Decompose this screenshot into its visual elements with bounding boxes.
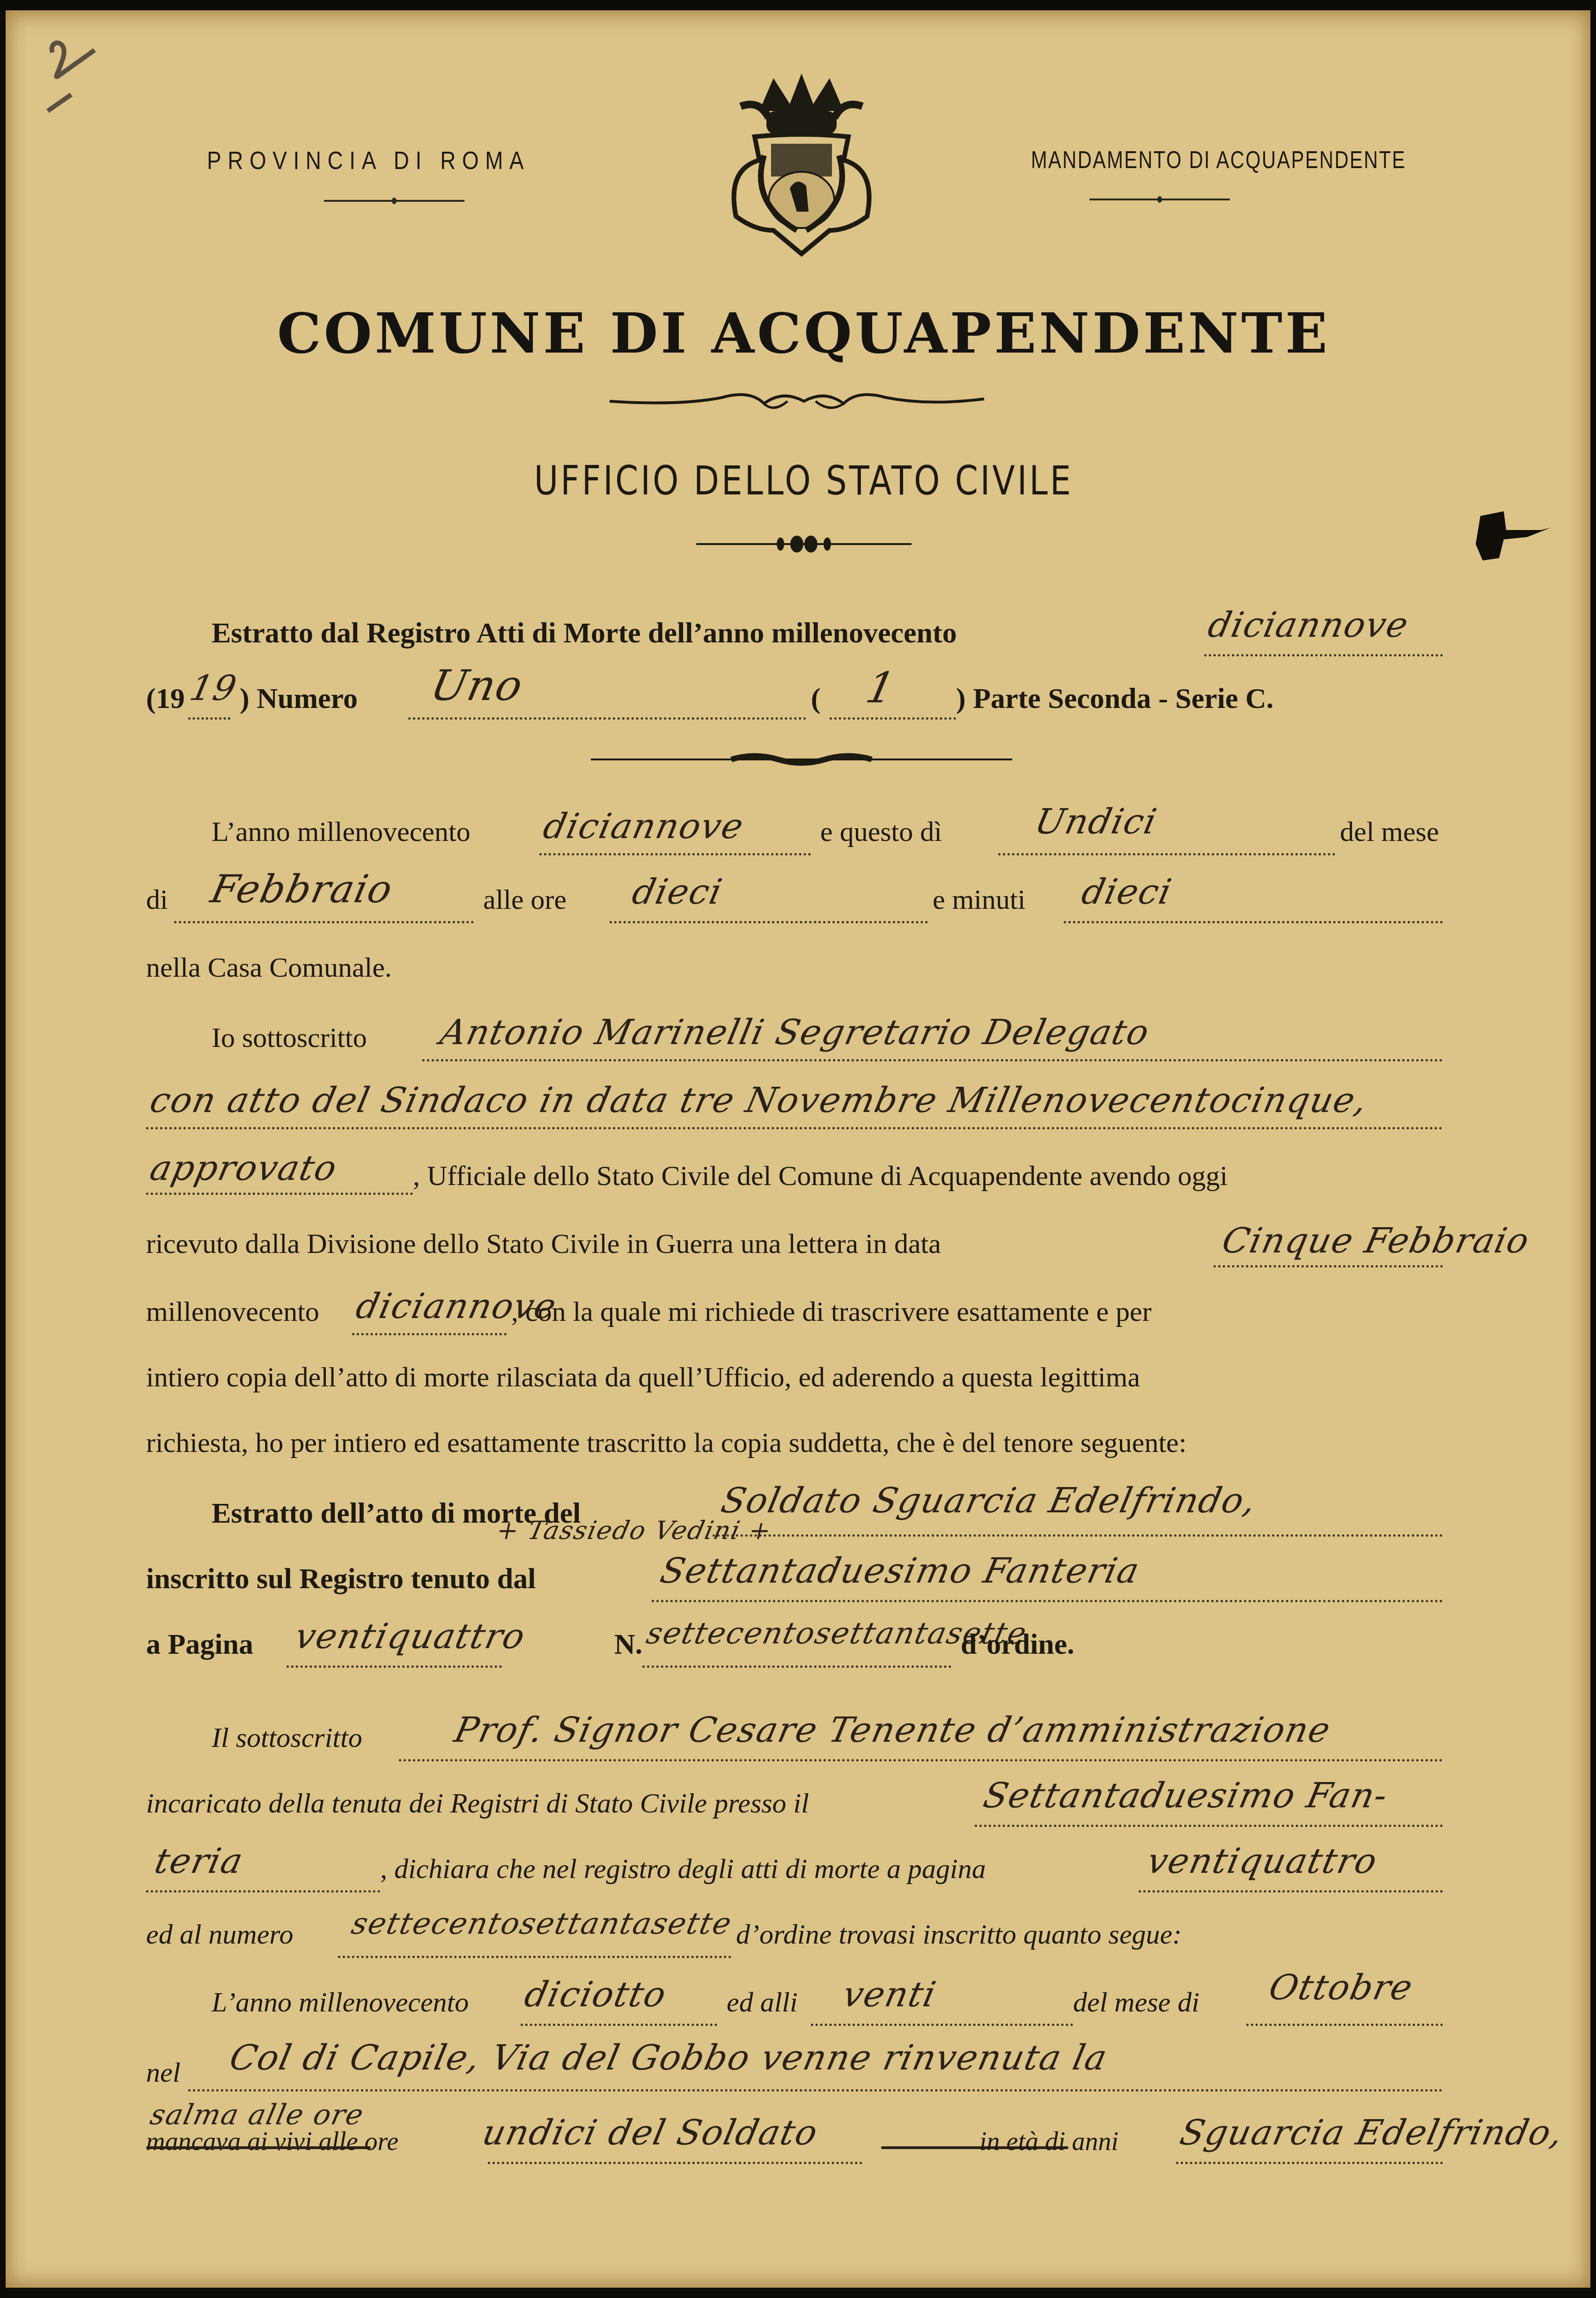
intiero-text: intiero copia dell’atto di morte rilasci… [146, 1361, 1140, 1393]
minuti-field-line [1064, 921, 1443, 923]
d-ordine-label: d’ordine. [961, 1628, 1074, 1661]
eta-struck-text: in età di anni [979, 2127, 1118, 2157]
io-sottoscritto-label: Io sottoscritto [212, 1022, 367, 1054]
giorno-field-line [998, 853, 1335, 855]
anno-field-line [539, 853, 811, 855]
officer-handwritten: Antonio Marinelli Segretario Delegato [437, 1012, 1153, 1053]
numero-field-line [408, 717, 806, 720]
document-page: PROVINCIA DI ROMA MANDAMENTO DI ACQUAPEN… [6, 10, 1590, 2288]
richiede-text: , con la quale mi richiede di trascriver… [511, 1296, 1152, 1328]
data-lettera-handwritten: Cinque Febbraio [1219, 1221, 1533, 1261]
anno-lettera-field-line [352, 1333, 507, 1335]
mese-field-line [174, 921, 474, 923]
year-digits-handwritten: 19 [186, 668, 241, 708]
ornament-divider-icon [610, 387, 998, 415]
ink-blot-icon [1471, 502, 1555, 572]
anno-label: L’anno millenovecento [212, 816, 471, 848]
declarant-handwritten: Prof. Signor Cesare Tenente d’amministra… [451, 1710, 1335, 1750]
anno-morte-handwritten: diciotto [521, 1974, 670, 2015]
ed-alli-label: ed alli [727, 1986, 798, 2018]
incaricato-text: incaricato della tenuta dei Registri di … [146, 1787, 809, 1819]
page-title: COMUNE DI ACQUAPENDENTE [6, 301, 1596, 366]
del-mese-label: del mese [1340, 816, 1439, 848]
pagina-handwritten: ventiquattro [292, 1616, 529, 1657]
divider-right [1089, 199, 1230, 200]
delegation-handwritten: con atto del Sindaco in data tre Novembr… [147, 1080, 1371, 1120]
numero-label: ) Numero [240, 682, 358, 715]
numero-digit-handwritten: 1 [862, 663, 900, 713]
numero-ordine-field-line [642, 1665, 951, 1668]
giorno-handwritten: Undici [1031, 802, 1161, 842]
divider-left [324, 200, 464, 202]
declarant-field-line [399, 1759, 1443, 1761]
presso-handwritten: Settantaduesimo Fan- [980, 1775, 1392, 1816]
officer-field-line [422, 1059, 1443, 1061]
ora-handwritten: undici del Soldato [479, 2113, 822, 2153]
presso-field-line [975, 1825, 1443, 1827]
numero-registro-field-line [338, 1956, 731, 1958]
teria-handwritten: teria [151, 1841, 247, 1881]
ed-al-numero-label: ed al numero [146, 1918, 293, 1951]
di-label: di [146, 884, 168, 916]
year-field-line [1204, 654, 1443, 656]
mese-handwritten: Febbraio [207, 867, 397, 912]
pagina-field-line [287, 1665, 502, 1668]
teria-field-line [146, 1890, 380, 1893]
numero-registro-handwritten: settecentosettantasette [348, 1907, 735, 1941]
ricevuto-text: ricevuto dalla Divisione dello Stato Civ… [146, 1228, 941, 1260]
year-digits-line [188, 717, 230, 720]
deceased-insertion-handwritten: + Tassiedo Vedini + [494, 1516, 774, 1545]
eta-field-line [1176, 2162, 1443, 2164]
delegation-field-line [146, 1127, 1443, 1129]
header-province: PROVINCIA DI ROMA [207, 146, 530, 175]
mese-morte-field-line [1246, 2024, 1443, 2026]
regiment-handwritten: Settantaduesimo Fanteria [657, 1551, 1143, 1591]
eta-handwritten: Sguarcia Edelfrindo, [1177, 2113, 1567, 2153]
trovasi-text: d’ordine trovasi inscritto quanto segue: [736, 1918, 1182, 1951]
nel-label: nel [146, 2056, 180, 2089]
anno-morte-label: L’anno millenovecento [212, 1986, 469, 2018]
anno-morte-field-line [521, 2024, 717, 2026]
numero-words-handwritten: Uno [427, 661, 528, 710]
page-subtitle: UFFICIO DELLO STATO CIVILE [149, 457, 1458, 504]
mancava-struck-text: mancava ai vivi alle ore [146, 2127, 398, 2157]
del-mese-di-label: del mese di [1073, 1986, 1199, 2018]
anno-handwritten: diciannove [540, 806, 748, 847]
alle-ore-label: alle ore [483, 884, 566, 916]
registro-tenuto-label: inscritto sul Registro tenuto dal [146, 1562, 536, 1596]
pagina-registro-field-line [1139, 1890, 1443, 1893]
richiesta-text: richiesta, ho per intiero ed esattamente… [146, 1427, 1186, 1459]
coat-of-arms-icon [708, 62, 895, 268]
ore-field-line [610, 921, 928, 923]
ore-handwritten: dieci [629, 872, 726, 912]
dichiara-text: , dichiara che nel registro degli atti d… [380, 1853, 986, 1885]
minuti-label: e minuti [933, 884, 1025, 916]
year-words-handwritten: diciannove [1205, 605, 1412, 645]
regiment-field-line [652, 1600, 1443, 1602]
deceased-handwritten: Soldato Sguarcia Edelfrindo, [718, 1480, 1260, 1521]
millenovecento-label: millenovecento [146, 1296, 319, 1328]
casa-comunale-text: nella Casa Comunale. [146, 951, 392, 984]
pencil-mark-icon [34, 29, 127, 118]
year-paren-open: (19 [146, 682, 185, 715]
ornament-divider-icon [696, 535, 912, 553]
n-label: N. [614, 1628, 642, 1661]
giorno-morte-field-line [811, 2024, 1073, 2026]
numero-paren-open: ( [811, 682, 821, 715]
extract-register-label: Estratto dal Registro Atti di Morte dell… [212, 617, 957, 650]
header-mandamento: MANDAMENTO DI ACQUAPENDENTE [1031, 146, 1406, 174]
giorno-morte-handwritten: venti [839, 1974, 940, 2015]
mese-morte-handwritten: Ottobre [1265, 1967, 1417, 2008]
ufficiale-text: , Ufficiale dello Stato Civile del Comun… [413, 1160, 1228, 1192]
luogo-handwritten: Col di Capile, Via del Gobbo venne rinve… [226, 2038, 1111, 2078]
luogo-field-line [188, 2089, 1443, 2092]
pagina-registro-handwritten: ventiquattro [1144, 1841, 1381, 1881]
ora-field-line [488, 2162, 862, 2164]
minuti-handwritten: dieci [1078, 872, 1176, 912]
data-lettera-field-line [1214, 1265, 1443, 1267]
questo-di-label: e questo dì [820, 816, 942, 848]
il-sottoscritto-label: Il sottoscritto [212, 1722, 362, 1754]
approvato-handwritten: approvato [147, 1148, 341, 1188]
deceased-field-line [713, 1534, 1443, 1537]
parte-seconda-label: ) Parte Seconda - Serie C. [956, 682, 1273, 715]
strikethrough-line [146, 2146, 371, 2149]
a-pagina-label: a Pagina [146, 1628, 253, 1661]
numero-digit-line [830, 717, 956, 720]
ornament-divider-icon [591, 750, 1012, 769]
approvato-field-line [146, 1193, 413, 1195]
